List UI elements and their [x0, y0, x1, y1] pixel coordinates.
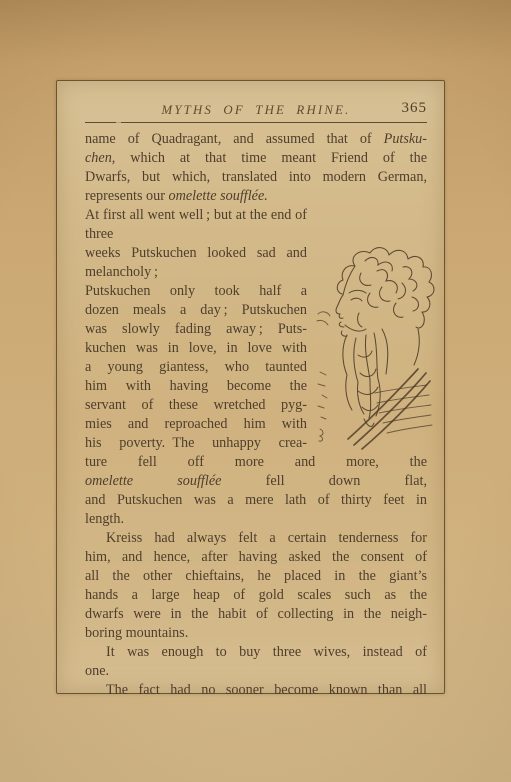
text-line: length.	[85, 510, 427, 529]
text-line: ture fell off more and more, the	[85, 453, 427, 472]
text-line: Dwarfs, but which, translated into moder…	[85, 168, 427, 187]
text-line: Kreiss had always felt a certain tendern…	[85, 529, 427, 548]
text-line: hands a large heap of gold scales such a…	[85, 586, 427, 605]
bearded-giant-profile-sketch	[315, 244, 437, 453]
text-line: dwarfs were in the habit of collecting i…	[85, 605, 427, 624]
paragraph: The fact had no sooner become known than…	[85, 681, 427, 700]
text-line: one.	[85, 662, 427, 681]
giant-head-illustration	[315, 244, 437, 453]
text-line: name of Quadragant, and assumed that of …	[85, 130, 427, 149]
text-line: represents our omelette soufflée.	[85, 187, 427, 206]
text-line: him, and hence, after having asked the c…	[85, 548, 427, 567]
running-header: MYTHS OF THE RHINE. 365	[85, 101, 427, 117]
body-text: name of Quadragant, and assumed that of …	[85, 130, 427, 700]
page-number: 365	[402, 100, 428, 117]
header-rule	[85, 122, 427, 123]
text-line: omelette soufflée fell down flat,	[85, 472, 427, 491]
text-line: all the other chieftains, he placed in t…	[85, 567, 427, 586]
page-title: MYTHS OF THE RHINE.	[161, 103, 350, 117]
scanned-book-page: MYTHS OF THE RHINE. 365 name of Quadraga…	[0, 0, 511, 782]
text-line: and Putskuchen was a mere lath of thirty…	[85, 491, 427, 510]
text-line: boring mountains.	[85, 624, 427, 643]
text-line: At first all went well ; but at the end …	[85, 206, 427, 244]
paragraph: It was enough to buy three wives, instea…	[85, 643, 427, 681]
text-line: It was enough to buy three wives, instea…	[85, 643, 427, 662]
text-line: The fact had no sooner become known than…	[85, 681, 427, 700]
text-line: chen, which at that time meant Friend of…	[85, 149, 427, 168]
paragraph: Kreiss had always felt a certain tendern…	[85, 529, 427, 643]
page-border-frame: MYTHS OF THE RHINE. 365 name of Quadraga…	[56, 80, 445, 694]
paragraph: At first all went well ; but at the end …	[85, 206, 427, 529]
paragraph: name of Quadragant, and assumed that of …	[85, 130, 427, 206]
